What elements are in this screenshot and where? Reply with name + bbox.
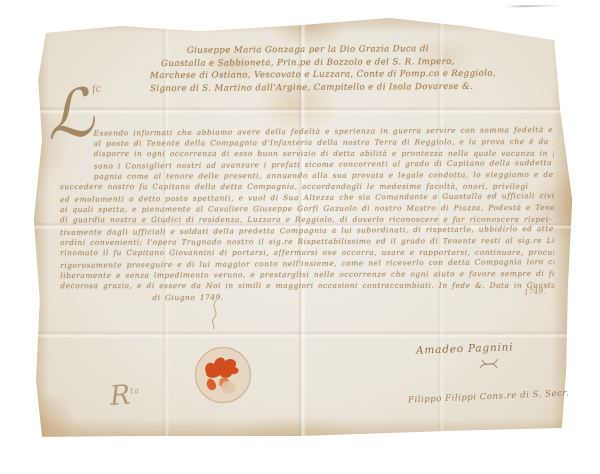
photographed-manuscript: Giuseppe Maria Gonzaga per la Dio Grazia… — [0, 0, 600, 474]
wax-seal — [194, 346, 252, 404]
margin-paraph: fc — [91, 83, 102, 95]
year-annotation: 1749. — [524, 286, 546, 296]
document-heading: Giuseppe Maria Gonzaga per la Dio Grazia… — [150, 43, 466, 96]
photo-smudge — [505, 4, 563, 7]
heading-line: Signore di S. Martino dall'Argine, Campi… — [150, 81, 466, 96]
registration-letter: R — [109, 380, 131, 412]
registration-mark: Rta — [109, 379, 141, 412]
pen-flourish — [207, 300, 223, 330]
manuscript-body: Essendo informati che abbiamo avere dell… — [60, 125, 555, 303]
signature-paraph — [478, 357, 500, 371]
registration-superscript: ta — [130, 386, 141, 396]
